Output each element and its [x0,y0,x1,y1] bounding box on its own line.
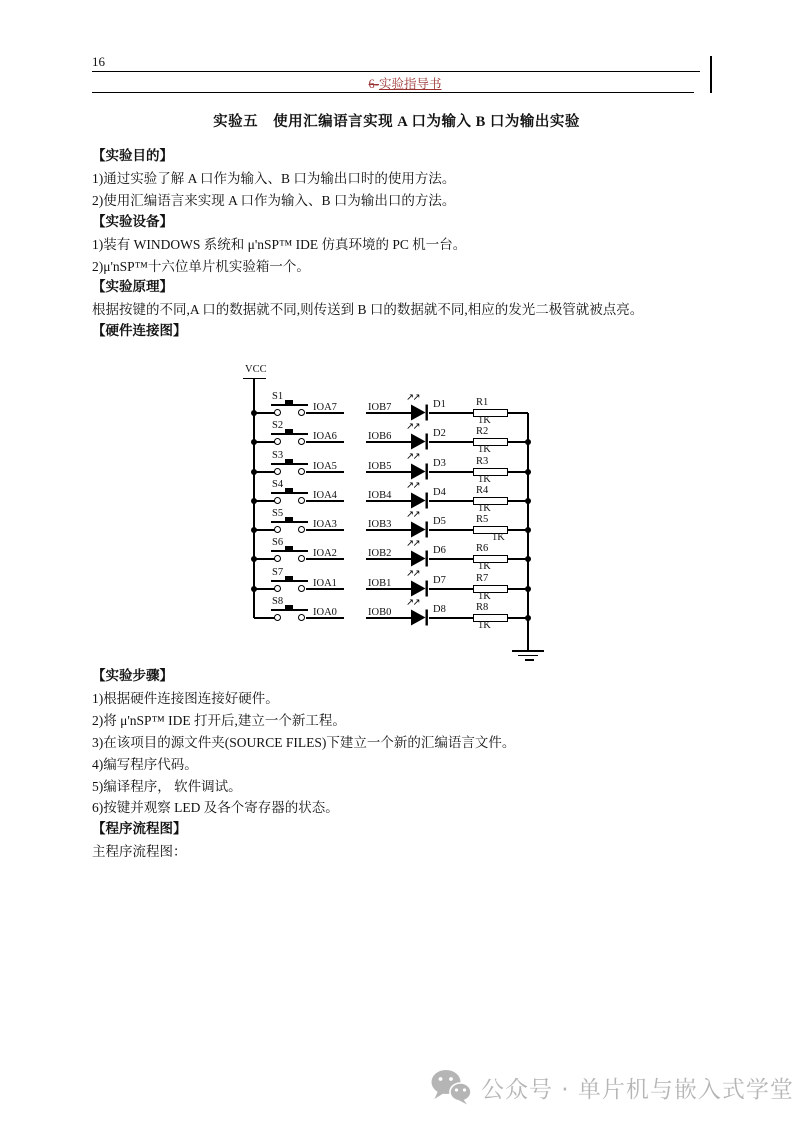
resistor-label: R8 [476,603,488,613]
led-light-arrows-icon: ↗↗ [406,421,419,432]
wire-segment [254,441,275,443]
ioa-port-label: IOA2 [313,549,337,559]
diode-label: D5 [433,517,446,527]
switch-terminal-icon [298,614,305,621]
body-line: 根据按键的不同,A 口的数据就不同,则传送到 B 口的数据就不同,相应的发光二极… [92,299,753,321]
button-actuator-icon [285,517,293,520]
led-light-arrows-icon: ↗↗ [406,480,419,491]
junction-dot [525,527,532,534]
junction-dot [525,556,532,563]
led-diode-icon [411,433,429,450]
switch-terminal-icon [298,526,305,533]
resistor-label: R6 [476,544,488,554]
junction-dot [525,615,532,622]
iob-port-label: IOB5 [368,462,391,472]
wire-segment [429,471,473,473]
diode-label: D2 [433,429,446,439]
resistor-label: R3 [476,457,488,467]
led-light-arrows-icon: ↗↗ [406,597,419,608]
pushbutton-icon [271,580,308,583]
switch-label: S1 [272,392,283,402]
switch-terminal-icon [274,438,281,445]
page-number: 16 [92,54,105,70]
body-line: 主程序流程图： [92,841,753,863]
led-diode-icon [411,580,429,597]
wire-segment [254,617,275,619]
ioa-port-label: IOA5 [313,462,337,472]
header-underlined-text: 实验指导书 [379,77,442,91]
wire-segment [429,617,473,619]
ioa-port-label: IOA3 [313,520,337,530]
header-center-text: 6-实验指导书 [17,74,793,92]
section-heading: 【实验设备】 [92,212,753,234]
led-light-arrows-icon: ↗↗ [406,451,419,462]
wire-segment [254,558,275,560]
ioa-port-label: IOA7 [313,403,337,413]
header-rule-bottom [92,92,694,93]
wire-segment [429,441,473,443]
diode-label: D8 [433,605,446,615]
iob-port-label: IOB1 [368,579,391,589]
button-actuator-icon [285,605,293,608]
led-diode-icon [411,492,429,509]
resistor-label: R2 [476,427,488,437]
diode-label: D7 [433,576,446,586]
led-diode-icon [411,463,429,480]
wire-segment [254,500,275,502]
led-diode-icon [411,521,429,538]
resistor-label: R7 [476,574,488,584]
earth-ground-icon [525,659,534,661]
iob-port-label: IOB4 [368,491,391,501]
button-actuator-icon [285,546,293,549]
button-actuator-icon [285,488,293,491]
wire-segment [254,529,275,531]
switch-label: S7 [272,568,283,578]
diode-label: D1 [433,400,446,410]
wire-segment [254,588,275,590]
junction-dot [525,498,532,505]
section-heading: 【实验步骤】 [92,666,753,688]
ioa-port-label: IOA4 [313,491,337,501]
body-line: 4)编写程序代码。 [92,754,753,776]
document-page: 16 6-实验指导书 实验五 使用汇编语言实现 A 口为输入 B 口为输出实验 … [0,0,793,1123]
iob-port-label: IOB0 [368,608,391,618]
switch-label: S3 [272,451,283,461]
led-light-arrows-icon: ↗↗ [406,392,419,403]
led-diode-icon [411,550,429,567]
switch-label: S2 [272,421,283,431]
switch-terminal-icon [274,526,281,533]
body-line: 2)将 μ'nSP™ IDE 打开后,建立一个新工程。 [92,710,753,732]
switch-label: S6 [272,538,283,548]
pushbutton-icon [271,433,308,436]
iob-port-label: IOB3 [368,520,391,530]
watermark: 公众号 · 单片机与嵌入式学堂 [430,1069,793,1105]
switch-terminal-icon [298,555,305,562]
body-line: 1)装有 WINDOWS 系统和 μ'nSP™ IDE 仿真环境的 PC 机一台… [92,234,753,256]
button-actuator-icon [285,576,293,579]
ioa-port-label: IOA0 [313,608,337,618]
circuit-row: S8 IOA0 IOB0 ↗↗ D8 R8 1K [0,598,793,632]
header-right-border [710,56,712,93]
diode-label: D4 [433,488,446,498]
switch-terminal-icon [274,585,281,592]
vcc-label: VCC [245,365,267,375]
switch-terminal-icon [274,555,281,562]
switch-terminal-icon [298,497,305,504]
wire-segment [429,558,473,560]
switch-terminal-icon [298,438,305,445]
section-heading: 【实验目的】 [92,146,753,168]
switch-label: S5 [272,509,283,519]
wire-segment [429,529,473,531]
button-actuator-icon [285,459,293,462]
pushbutton-icon [271,609,308,612]
earth-ground-icon [512,650,544,652]
pushbutton-icon [271,404,308,407]
switch-terminal-icon [274,614,281,621]
switch-label: S4 [272,480,283,490]
page-title: 实验五 使用汇编语言实现 A 口为输入 B 口为输出实验 [0,110,793,131]
section-heading: 【实验原理】 [92,277,753,299]
iob-port-label: IOB6 [368,432,391,442]
switch-terminal-icon [274,468,281,475]
body-line: 2)μ'nSP™十六位单片机实验箱一个。 [92,256,753,278]
resistor-label: R5 [476,515,488,525]
body-line: 1)通过实验了解 A 口作为输入、B 口为输出口时的使用方法。 [92,168,753,190]
sections-bottom: 【实验步骤】 1)根据硬件连接图连接好硬件。 2)将 μ'nSP™ IDE 打开… [92,666,753,863]
iob-port-label: IOB7 [368,403,391,413]
switch-terminal-icon [298,409,305,416]
switch-label: S8 [272,597,283,607]
pushbutton-icon [271,492,308,495]
switch-terminal-icon [274,409,281,416]
switch-terminal-icon [298,585,305,592]
ioa-port-label: IOA6 [313,432,337,442]
junction-dot [525,439,532,446]
button-actuator-icon [285,400,293,403]
circuit-row: S6 IOA2 IOB2 ↗↗ D6 R6 1K [0,539,793,573]
led-diode-icon [411,404,429,421]
wire-segment [429,588,473,590]
body-line: 3)在该项目的源文件夹(SOURCE FILES)下建立一个新的汇编语言文件。 [92,732,753,754]
resistor-label: R4 [476,486,488,496]
ioa-port-label: IOA1 [313,579,337,589]
body-line: 5)编译程序， 软件调试。 [92,776,753,798]
sections-top: 【实验目的】 1)通过实验了解 A 口作为输入、B 口为输出口时的使用方法。 2… [92,146,753,343]
wire-segment [254,471,275,473]
junction-dot [525,586,532,593]
wire-segment [429,500,473,502]
watermark-text: 公众号 · 单片机与嵌入式学堂 [481,1071,793,1104]
diode-label: D6 [433,546,446,556]
switch-terminal-icon [274,497,281,504]
junction-dot [525,469,532,476]
led-light-arrows-icon: ↗↗ [406,509,419,520]
pushbutton-icon [271,521,308,524]
circuit-row: S2 IOA6 IOB6 ↗↗ D2 R2 1K [0,422,793,456]
led-light-arrows-icon: ↗↗ [406,568,419,579]
header-rule-top [92,71,700,72]
resistor-value-label: 1K [478,621,491,631]
body-line: 2)使用汇编语言来实现 A 口作为输入、B 口为输出口的方法。 [92,190,753,212]
wechat-icon [430,1069,472,1105]
led-diode-icon [411,609,429,626]
hardware-connection-diagram: VCC S1 IOA7 IOB7 ↗↗ D1 R1 1K [0,360,793,672]
iob-port-label: IOB2 [368,549,391,559]
wire-segment [507,412,528,414]
pushbutton-icon [271,463,308,466]
button-actuator-icon [285,429,293,432]
led-light-arrows-icon: ↗↗ [406,538,419,549]
switch-terminal-icon [298,468,305,475]
section-heading: 【硬件连接图】 [92,321,753,343]
pushbutton-icon [271,550,308,553]
wire-segment [429,412,473,414]
wire-segment [254,412,275,414]
resistor-label: R1 [476,398,488,408]
section-heading: 【程序流程图】 [92,819,753,841]
body-line: 1)根据硬件连接图连接好硬件。 [92,688,753,710]
earth-ground-icon [518,655,538,657]
diode-label: D3 [433,459,446,469]
body-line: 6)按键并观察 LED 及各个寄存器的状态。 [92,797,753,819]
header-struck-text: 6- [369,77,379,91]
